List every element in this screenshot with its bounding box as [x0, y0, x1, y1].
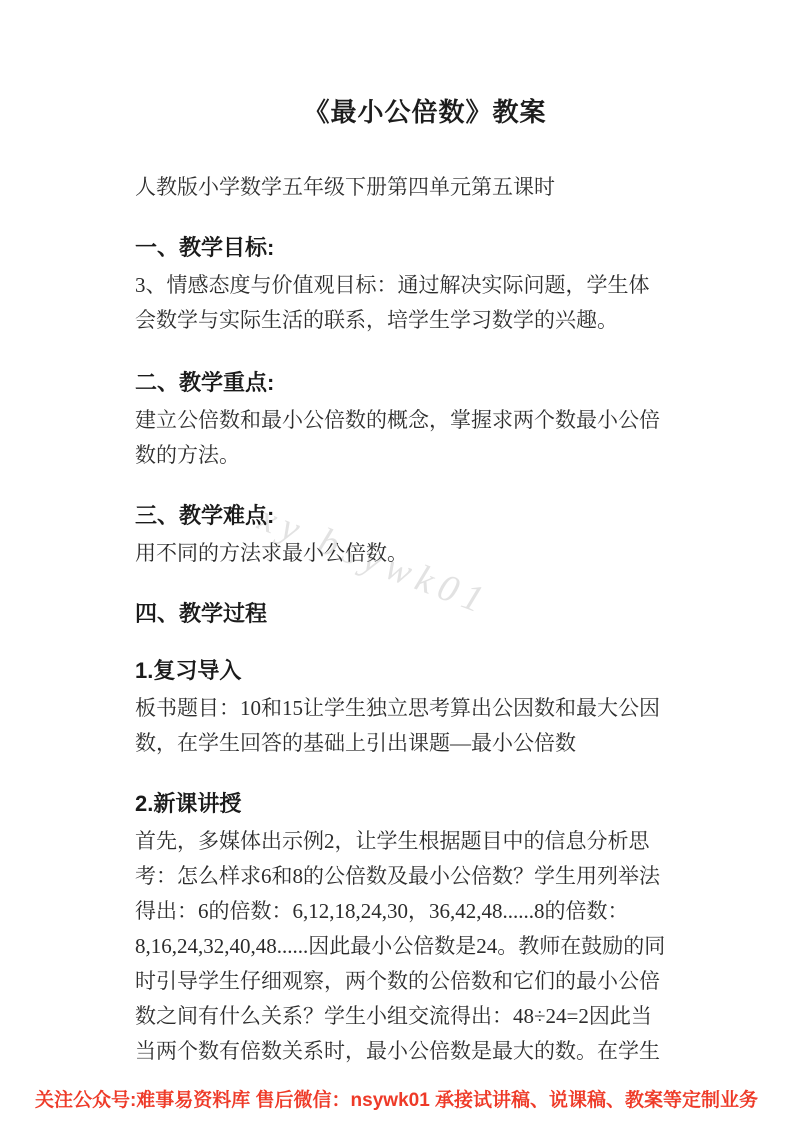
section-review-intro: 1.复习导入 板书题目：10和15让学生独立思考算出公因数和最大公因 数，在学生…	[135, 655, 715, 761]
section-body: 3、情感态度与价值观目标：通过解决实际问题，学生体 会数学与实际生活的联系，培学…	[135, 268, 715, 338]
section-body: 首先，多媒体出示例2，让学生根据题目中的信息分析思 考：怎么样求6和8的公倍数及…	[135, 824, 715, 1069]
section-body: 用不同的方法求最小公倍数。	[135, 536, 715, 571]
section-heading: 二、教学重点:	[135, 367, 715, 399]
section-teaching-process: 四、教学过程	[135, 598, 715, 630]
section-heading: 三、教学难点:	[135, 500, 715, 532]
page-title: 《最小公倍数》教案	[135, 93, 715, 131]
section-teaching-difficulty: 三、教学难点: 用不同的方法求最小公倍数。	[135, 500, 715, 571]
page-subtitle: 人教版小学数学五年级下册第四单元第五课时	[135, 172, 715, 202]
section-teaching-goals: 一、教学目标: 3、情感态度与价值观目标：通过解决实际问题，学生体 会数学与实际…	[135, 232, 715, 338]
section-heading: 1.复习导入	[135, 655, 715, 687]
document-page: xy bsywk01 《最小公倍数》教案 人教版小学数学五年级下册第四单元第五课…	[0, 0, 793, 1122]
promo-footer: 关注公众号:难事易资料库 售后微信：nsywk01 承接试讲稿、说课稿、教案等定…	[0, 1089, 793, 1113]
section-teaching-focus: 二、教学重点: 建立公倍数和最小公倍数的概念，掌握求两个数最小公倍 数的方法。	[135, 367, 715, 473]
section-heading: 四、教学过程	[135, 598, 715, 630]
section-body: 建立公倍数和最小公倍数的概念，掌握求两个数最小公倍 数的方法。	[135, 403, 715, 473]
section-new-lesson: 2.新课讲授 首先，多媒体出示例2，让学生根据题目中的信息分析思 考：怎么样求6…	[135, 788, 715, 1069]
section-heading: 一、教学目标:	[135, 232, 715, 264]
section-heading: 2.新课讲授	[135, 788, 715, 820]
section-body: 板书题目：10和15让学生独立思考算出公因数和最大公因 数，在学生回答的基础上引…	[135, 691, 715, 761]
document-content: 《最小公倍数》教案 人教版小学数学五年级下册第四单元第五课时 一、教学目标: 3…	[135, 0, 715, 1069]
